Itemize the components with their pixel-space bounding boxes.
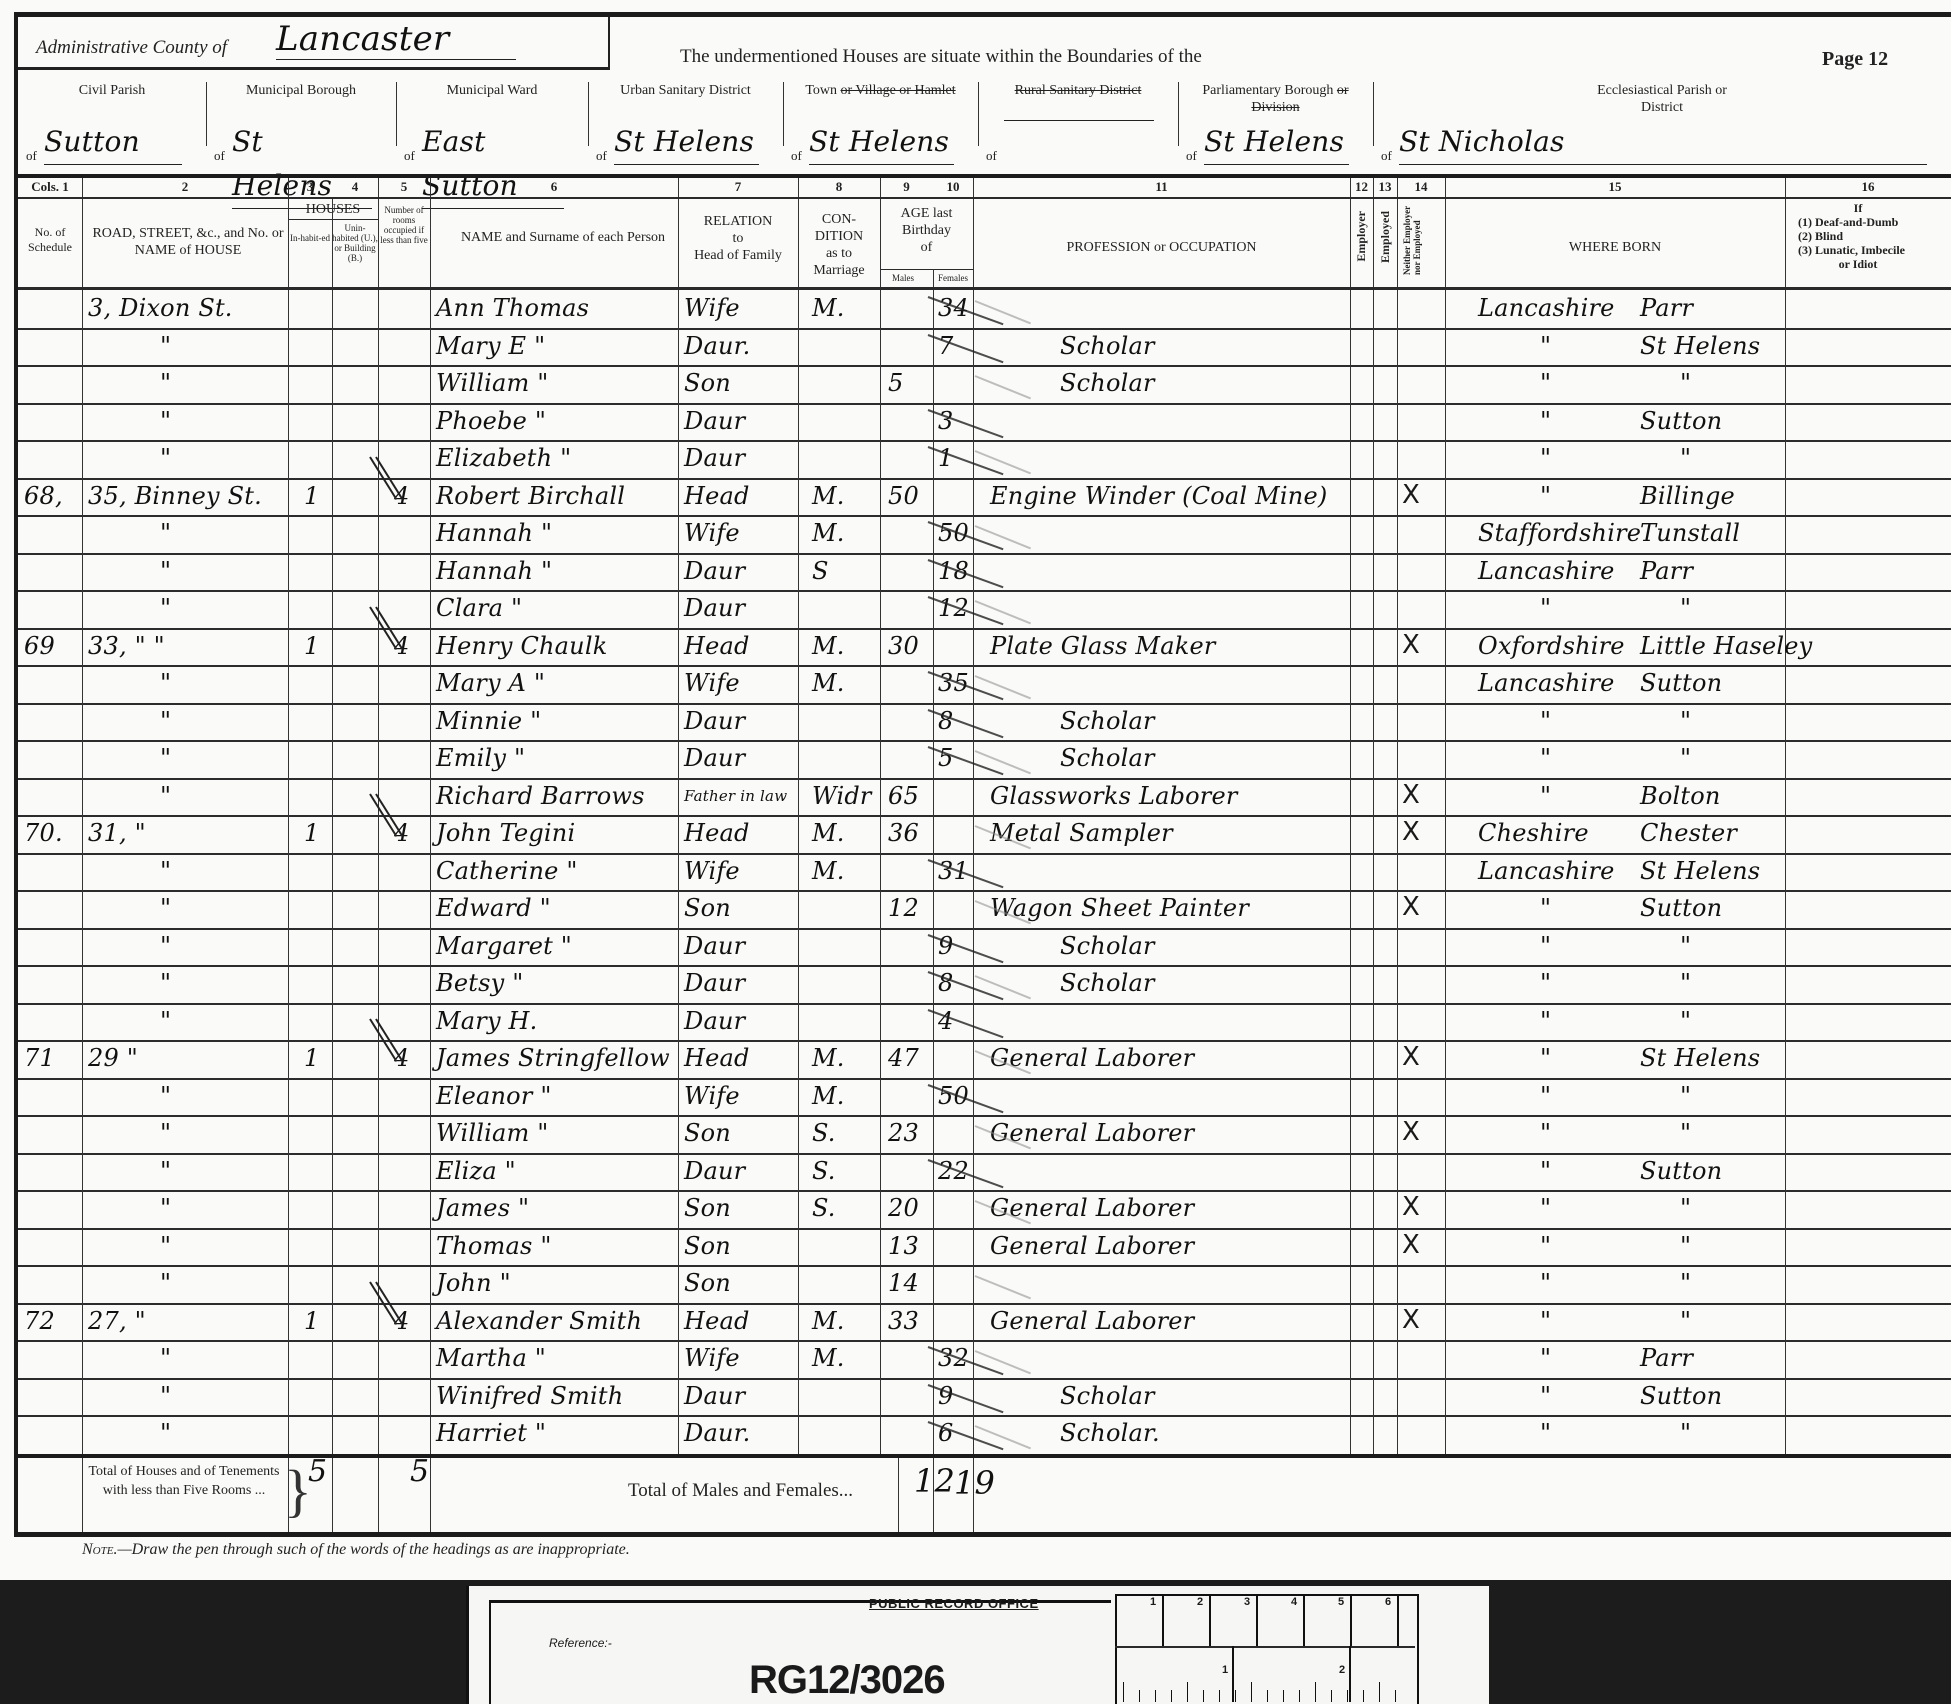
houses-inhabited: 1 xyxy=(304,1041,319,1075)
road-address: " xyxy=(160,1116,171,1150)
houses-divider xyxy=(288,219,378,220)
header-neither: Neither Employer nor Employed xyxy=(1402,205,1432,275)
marital-condition: M. xyxy=(812,816,845,850)
table-row: "Phoebe "Daur3"Sutton xyxy=(0,403,1951,441)
header-relation-line: RELATION xyxy=(704,214,772,229)
tv5 xyxy=(430,1458,431,1532)
boundary-value: St Helens xyxy=(614,120,759,165)
male-age: 20 xyxy=(888,1191,919,1225)
ruler-inch-line xyxy=(1232,1646,1234,1702)
person-name: Emily " xyxy=(436,741,525,775)
birth-place: " xyxy=(1680,1191,1691,1225)
birth-county: " xyxy=(1540,366,1551,400)
relation-to-head: Daur xyxy=(684,1379,745,1413)
boundary-4: Town or Village or HamletofSt Helens xyxy=(783,78,978,174)
employed-mark: X xyxy=(1402,628,1420,662)
male-age: 65 xyxy=(888,779,919,813)
person-name: Hannah " xyxy=(436,516,552,550)
table-row: "Emily "Daur5Scholar"" xyxy=(0,740,1951,778)
occupation: Scholar xyxy=(1060,741,1155,775)
column-number-8: 8 xyxy=(798,179,880,195)
relation-to-head: Wife xyxy=(684,666,740,700)
occupation: General Laborer xyxy=(990,1229,1194,1263)
birth-place: " xyxy=(1680,741,1691,775)
table-row: "William "SonS.23General LaborerX"" xyxy=(0,1115,1951,1153)
birth-county: " xyxy=(1540,1416,1551,1450)
header-divider xyxy=(1445,199,1446,287)
ruler-tick xyxy=(1267,1690,1268,1702)
houses-inhabited: 1 xyxy=(304,1304,319,1338)
ruler-tick xyxy=(1283,1690,1284,1702)
marital-condition: S. xyxy=(812,1154,836,1188)
relation-to-head: Son xyxy=(684,1266,731,1300)
of-prefix: of xyxy=(214,148,225,164)
occupation: General Laborer xyxy=(990,1304,1194,1338)
road-address: " xyxy=(160,591,171,625)
table-row: "James "SonS.20General LaborerX"" xyxy=(0,1190,1951,1228)
boundary-value xyxy=(1004,120,1154,121)
tv4 xyxy=(378,1458,379,1532)
employed-mark: X xyxy=(1402,1303,1420,1337)
table-row: 7227, "14Alexander SmithHeadM.33General … xyxy=(0,1303,1951,1341)
archive-reference-card: PUBLIC RECORD OFFICE Reference:- RG12/30… xyxy=(466,1586,1489,1704)
ruler-tick xyxy=(1187,1682,1188,1702)
header-relation: RELATIONtoHead of Family xyxy=(678,213,798,264)
header-uninhabited: Unin-habited (U.), or Building (B.) xyxy=(332,223,378,263)
relation-to-head: Head xyxy=(684,479,750,513)
boundary-divider xyxy=(206,82,207,146)
road-address: " xyxy=(160,1229,171,1263)
female-age: 32 xyxy=(938,1341,969,1375)
birth-place: " xyxy=(1680,1266,1691,1300)
houses-inhabited: 1 xyxy=(304,816,319,850)
person-name: Phoebe " xyxy=(436,404,546,438)
tv7 xyxy=(933,1458,934,1532)
table-row: "Hannah "DaurS18LancashireParr xyxy=(0,553,1951,591)
relation-to-head: Daur. xyxy=(684,329,750,363)
road-address: " xyxy=(160,1191,171,1225)
boundary-label-text: Civil Parish xyxy=(79,83,146,98)
boundaries-row: Civil ParishofSuttonMunicipal BoroughofS… xyxy=(18,78,1951,174)
female-age: 7 xyxy=(938,329,953,363)
female-age: 6 xyxy=(938,1416,953,1450)
colnum-divider xyxy=(798,178,799,198)
boundary-value: St Nicholas xyxy=(1399,120,1927,165)
of-prefix: of xyxy=(1186,148,1197,164)
header-divider xyxy=(82,199,83,287)
employed-mark: X xyxy=(1402,1040,1420,1074)
header-relation-line: to xyxy=(733,231,744,246)
houses-inhabited: 1 xyxy=(304,629,319,663)
relation-to-head: Son xyxy=(684,1229,731,1263)
header-infirmity-line: (3) Lunatic, Imbecile xyxy=(1798,243,1905,257)
female-age: 1 xyxy=(938,441,953,475)
birth-county: " xyxy=(1540,966,1551,1000)
person-name: Eliza " xyxy=(436,1154,516,1188)
birth-county: " xyxy=(1540,329,1551,363)
birth-county: Lancashire xyxy=(1478,666,1615,700)
column-number-6: 6 xyxy=(430,179,678,195)
header-divider xyxy=(430,199,431,287)
road-address: " xyxy=(160,366,171,400)
birth-place: St Helens xyxy=(1640,329,1760,363)
column-number-3: 3 xyxy=(288,179,332,195)
header-condition-line: CON- xyxy=(822,212,856,227)
birth-county: " xyxy=(1540,1229,1551,1263)
table-row: "Mary H.Daur4"" xyxy=(0,1003,1951,1041)
person-name: Ann Thomas xyxy=(436,291,589,325)
column-number-7: 7 xyxy=(678,179,798,195)
colnum-divider xyxy=(430,178,431,198)
ruler-cm-line xyxy=(1162,1594,1164,1646)
ruler-tick xyxy=(1315,1682,1316,1702)
column-number-5: 5 xyxy=(378,179,430,195)
road-address: " xyxy=(160,741,171,775)
ruler-tick xyxy=(1363,1690,1364,1702)
relation-to-head: Head xyxy=(684,629,750,663)
person-name: Minnie " xyxy=(436,704,541,738)
of-prefix: of xyxy=(596,148,607,164)
birth-county: " xyxy=(1540,891,1551,925)
colnum-divider xyxy=(1445,178,1446,198)
person-name: Richard Barrows xyxy=(436,779,645,813)
marital-condition: M. xyxy=(812,1079,845,1113)
ruler-tick xyxy=(1299,1690,1300,1702)
person-name: Henry Chaulk xyxy=(436,629,607,663)
schedule-number: 68, xyxy=(24,479,63,513)
boundary-label: Municipal Borough xyxy=(210,82,392,99)
boundary-label-text: Urban Sanitary District xyxy=(620,83,751,98)
male-age: 12 xyxy=(888,891,919,925)
header-occupation-line: PROFESSION or OCCUPATION xyxy=(1066,240,1256,255)
marital-condition: S. xyxy=(812,1116,836,1150)
header-condition-line: as to xyxy=(826,246,852,261)
header-uninhabited-line: Unin-habited (U.), or Building (B.) xyxy=(332,223,378,263)
relation-to-head: Daur xyxy=(684,1004,745,1038)
ruler-cm-line xyxy=(1397,1594,1399,1646)
male-age: 23 xyxy=(888,1116,919,1150)
boundary-value: Sutton xyxy=(44,120,182,165)
road-address: " xyxy=(160,554,171,588)
birth-place: Parr xyxy=(1640,554,1693,588)
birth-place: " xyxy=(1680,966,1691,1000)
female-age: 3 xyxy=(938,404,953,438)
relation-to-head: Daur. xyxy=(684,1416,750,1450)
ruler-tick xyxy=(1139,1690,1140,1702)
header-divider xyxy=(973,199,974,287)
table-row: "Catherine "WifeM.31LancashireSt Helens xyxy=(0,853,1951,891)
marital-condition: M. xyxy=(812,1041,845,1075)
ruler-cm-line xyxy=(1303,1594,1305,1646)
ruler-tick xyxy=(1203,1690,1204,1702)
table-row: 6933, " "14Henry ChaulkHeadM.30Plate Gla… xyxy=(0,628,1951,666)
birth-county: " xyxy=(1540,1379,1551,1413)
of-prefix: of xyxy=(986,148,997,164)
person-name: Mary E " xyxy=(436,329,545,363)
header-relation-line: Head of Family xyxy=(694,248,782,263)
header-occupation: PROFESSION or OCCUPATION xyxy=(973,239,1350,256)
header-condition: CON-DITIONas toMarriage xyxy=(798,211,880,279)
birth-place: " xyxy=(1680,929,1691,963)
occupation: Glassworks Laborer xyxy=(990,779,1238,813)
table-row: "William "Son5Scholar"" xyxy=(0,365,1951,403)
marital-condition: M. xyxy=(812,291,845,325)
ruler-tick xyxy=(1123,1682,1124,1702)
employed-mark: X xyxy=(1402,815,1420,849)
table-row: "Margaret "Daur9Scholar"" xyxy=(0,928,1951,966)
tv6 xyxy=(898,1458,899,1532)
birth-county: " xyxy=(1540,1004,1551,1038)
birth-place: " xyxy=(1680,366,1691,400)
table-row: "Eliza "DaurS.22"Sutton xyxy=(0,1153,1951,1191)
person-name: Mary H. xyxy=(436,1004,538,1038)
tv8 xyxy=(973,1458,974,1532)
ruler-cm-label: 2 xyxy=(1197,1596,1203,1608)
colnum-divider xyxy=(880,178,881,198)
employed-mark: X xyxy=(1402,778,1420,812)
table-row: "Edward "Son12Wagon Sheet PainterX"Sutto… xyxy=(0,890,1951,928)
header-address-line: ROAD, STREET, &c., and No. or NAME of HO… xyxy=(92,226,283,258)
header-where-born-line: WHERE BORN xyxy=(1569,240,1661,255)
marital-condition: Widr xyxy=(812,779,872,813)
birth-place: " xyxy=(1680,1416,1691,1450)
birth-place: " xyxy=(1680,1304,1691,1338)
road-address: " xyxy=(160,1154,171,1188)
male-age: 50 xyxy=(888,479,919,513)
occupation: Scholar. xyxy=(1060,1416,1160,1450)
person-name: Mary A " xyxy=(436,666,545,700)
relation-to-head: Wife xyxy=(684,854,740,888)
occupation: Metal Sampler xyxy=(990,816,1173,850)
boundary-value: St Helens xyxy=(809,120,954,165)
birth-county: " xyxy=(1540,479,1551,513)
road-address: " xyxy=(160,1341,171,1375)
table-row: "Thomas "Son13General LaborerX"" xyxy=(0,1228,1951,1266)
person-name: James Stringfellow xyxy=(436,1041,670,1075)
totals-houses-label: Total of Houses and of Tenements with le… xyxy=(84,1462,284,1500)
admin-county-label: Administrative County of xyxy=(36,37,227,59)
male-age: 13 xyxy=(888,1229,919,1263)
boundary-6: Parliamentary Borough or DivisionofSt He… xyxy=(1178,78,1373,174)
table-row: 3, Dixon St.Ann ThomasWifeM.34Lancashire… xyxy=(0,290,1951,328)
birth-county: Staffordshire xyxy=(1478,516,1641,550)
ruler-frame xyxy=(1115,1594,1419,1704)
ruler-tick xyxy=(1219,1690,1220,1702)
birth-county: " xyxy=(1540,1079,1551,1113)
female-age: 34 xyxy=(938,291,969,325)
colnum-divider xyxy=(1785,178,1786,198)
birth-place: Little Haseley xyxy=(1640,629,1812,663)
ruler-cm-label: 5 xyxy=(1338,1596,1344,1608)
relation-to-head: Head xyxy=(684,1304,750,1338)
footnote: Note.—Draw the pen through such of the w… xyxy=(82,1541,630,1559)
boundary-1: Municipal BoroughofSt Helens xyxy=(206,78,396,174)
road-address: " xyxy=(160,329,171,363)
boundary-label-text: Parliamentary Borough xyxy=(1202,83,1333,98)
ruler-tick xyxy=(1379,1682,1380,1702)
boundary-label: Urban Sanitary District xyxy=(592,82,779,99)
employed-mark: X xyxy=(1402,1190,1420,1224)
column-numbers-row: Cols. 12345678910111213141516 xyxy=(18,178,1951,198)
female-age: 9 xyxy=(938,1379,953,1413)
header-inhabited-line: In-habit-ed xyxy=(290,233,330,243)
header-condition-line: DITION xyxy=(815,229,863,244)
age-divider xyxy=(880,269,973,270)
male-age: 36 xyxy=(888,816,919,850)
female-age: 8 xyxy=(938,966,953,1000)
birth-county: " xyxy=(1540,1116,1551,1150)
ruler-tick xyxy=(1171,1690,1172,1702)
header-schedule-line: No. of Schedule xyxy=(28,225,72,254)
birth-county: Lancashire xyxy=(1478,291,1615,325)
header-divider xyxy=(1397,199,1398,287)
marital-condition: M. xyxy=(812,516,845,550)
of-prefix: of xyxy=(404,148,415,164)
table-row: "Martha "WifeM.32"Parr xyxy=(0,1340,1951,1378)
page-number: Page 12 xyxy=(1822,48,1888,71)
female-age: 5 xyxy=(938,741,953,775)
column-number-10: 10 xyxy=(933,179,973,195)
totals-houses-inhabited: 5 xyxy=(308,1454,327,1489)
female-age: 31 xyxy=(938,854,969,888)
boundary-label: Parliamentary Borough or Division xyxy=(1182,82,1369,116)
relation-to-head: Daur xyxy=(684,704,745,738)
occupation: Engine Winder (Coal Mine) xyxy=(990,479,1327,513)
header-divider xyxy=(1785,199,1786,287)
boundary-label: Ecclesiastical Parish orDistrict xyxy=(1377,82,1947,116)
table-row: 70.31, "14John TeginiHeadM.36Metal Sampl… xyxy=(0,815,1951,853)
road-address: " xyxy=(160,1416,171,1450)
colnum-divider xyxy=(1350,178,1351,198)
birth-county: " xyxy=(1540,441,1551,475)
column-number-14: 14 xyxy=(1397,179,1445,195)
boundary-7: Ecclesiastical Parish orDistrictofSt Nic… xyxy=(1373,78,1951,174)
birth-county: " xyxy=(1540,1041,1551,1075)
birth-place: Sutton xyxy=(1640,1379,1722,1413)
marital-condition: M. xyxy=(812,666,845,700)
boundary-0: Civil ParishofSutton xyxy=(18,78,206,174)
employed-mark: X xyxy=(1402,1228,1420,1262)
schedule-number: 69 xyxy=(24,629,55,663)
ruler-cm-line xyxy=(1350,1594,1352,1646)
male-age: 47 xyxy=(888,1041,919,1075)
occupation: Plate Glass Maker xyxy=(990,629,1216,663)
tv2 xyxy=(288,1458,289,1532)
road-address: " xyxy=(160,929,171,963)
boundary-5: Rural Sanitary Districtof xyxy=(978,78,1178,174)
ruler-tick xyxy=(1235,1690,1236,1702)
marital-condition: S. xyxy=(812,1191,836,1225)
tv1 xyxy=(82,1458,83,1532)
table-row: "Minnie "Daur8Scholar"" xyxy=(0,703,1951,741)
road-address: 27, " xyxy=(88,1304,146,1338)
road-address: " xyxy=(160,779,171,813)
road-address: " xyxy=(160,516,171,550)
header-divider xyxy=(332,199,333,287)
person-name: Clara " xyxy=(436,591,522,625)
totals-females: 19 xyxy=(954,1464,995,1502)
female-age: 4 xyxy=(938,1004,953,1038)
occupation: Scholar xyxy=(1060,366,1155,400)
totals-row: Total of Houses and of Tenements with le… xyxy=(18,1458,1951,1532)
boundary-divider xyxy=(588,82,589,146)
column-number-11: 11 xyxy=(973,179,1350,195)
birth-place: " xyxy=(1680,591,1691,625)
header-employer: Employer xyxy=(1354,211,1369,262)
header-divider xyxy=(1350,199,1351,287)
birth-county: " xyxy=(1540,591,1551,625)
ruler-tick xyxy=(1395,1690,1396,1702)
person-name: James " xyxy=(436,1191,529,1225)
relation-to-head: Father in law xyxy=(684,779,787,813)
table-row: "Clara "Daur12"" xyxy=(0,590,1951,628)
totals-persons-label: Total of Males and Females... xyxy=(628,1480,853,1502)
table-row: 7129 "14James StringfellowHeadM.47Genera… xyxy=(0,1040,1951,1078)
female-age: 50 xyxy=(938,516,969,550)
female-age: 35 xyxy=(938,666,969,700)
ruler-cm-label: 4 xyxy=(1291,1596,1297,1608)
boundary-label-extra: District xyxy=(1641,100,1683,115)
column-number-2: 2 xyxy=(82,179,288,195)
column-number-15: 15 xyxy=(1445,179,1785,195)
of-prefix: of xyxy=(26,148,37,164)
birth-place: Bolton xyxy=(1640,779,1721,813)
table-row: "Betsy "Daur8Scholar"" xyxy=(0,965,1951,1003)
person-name: Thomas " xyxy=(436,1229,552,1263)
boundary-label: Municipal Ward xyxy=(400,82,584,99)
header-name: NAME and Surname of each Person xyxy=(448,229,678,246)
person-name: Hannah " xyxy=(436,554,552,588)
relation-to-head: Daur xyxy=(684,929,745,963)
relation-to-head: Wife xyxy=(684,516,740,550)
birth-place: Sutton xyxy=(1640,891,1722,925)
header-divider xyxy=(933,269,934,287)
person-name: Margaret " xyxy=(436,929,572,963)
road-address: " xyxy=(160,966,171,1000)
birth-place: Sutton xyxy=(1640,666,1722,700)
header-age-line: Birthday xyxy=(902,223,951,238)
road-address: 35, Binney St. xyxy=(88,479,262,513)
ruler-tick xyxy=(1331,1690,1332,1702)
header-divider xyxy=(880,199,881,287)
relation-to-head: Wife xyxy=(684,1079,740,1113)
ruler-divider xyxy=(1115,1646,1415,1648)
birth-place: " xyxy=(1680,441,1691,475)
boundary-divider xyxy=(978,82,979,146)
ruler-inch-label: 2 xyxy=(1339,1664,1345,1676)
schedule-number: 70. xyxy=(24,816,63,850)
table-row: 68,35, Binney St.14Robert BirchallHeadM.… xyxy=(0,478,1951,516)
person-name: John Tegini xyxy=(436,816,575,850)
admin-county-box: Administrative County of Lancaster xyxy=(18,17,610,70)
employed-mark: X xyxy=(1402,1115,1420,1149)
column-number-16: 16 xyxy=(1785,179,1951,195)
header-divider xyxy=(798,199,799,287)
birth-county: " xyxy=(1540,779,1551,813)
relation-to-head: Daur xyxy=(684,554,745,588)
relation-to-head: Son xyxy=(684,1116,731,1150)
footnote-prefix: Note. xyxy=(82,1541,117,1558)
table-row: "Hannah "WifeM.50StaffordshireTunstall xyxy=(0,515,1951,553)
birth-county: " xyxy=(1540,1154,1551,1188)
road-address: " xyxy=(160,854,171,888)
person-name: William " xyxy=(436,366,548,400)
ruler-inch-label: 1 xyxy=(1222,1664,1228,1676)
public-record-office-label: PUBLIC RECORD OFFICE xyxy=(869,1596,1039,1611)
ruler-inch-line xyxy=(1349,1646,1351,1702)
birth-county: " xyxy=(1540,1304,1551,1338)
relation-to-head: Daur xyxy=(684,441,745,475)
